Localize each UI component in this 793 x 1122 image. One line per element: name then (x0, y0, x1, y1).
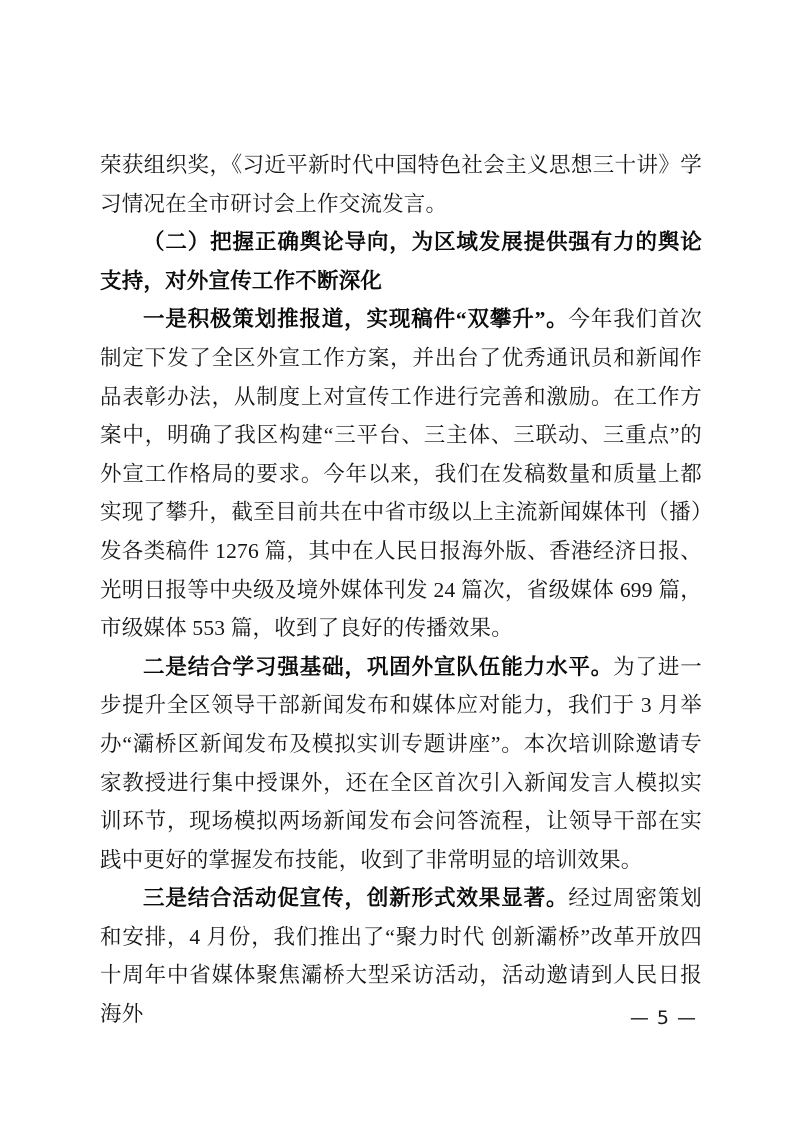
paragraph-point-one: 一是积极策划推报道，实现稿件“双攀升”。今年我们首次制定下发了全区外宣工作方案，… (100, 300, 702, 647)
section-heading: （二）把握正确舆论导向，为区域发展提供强有力的舆论支持，对外宣传工作不断深化 (100, 223, 702, 300)
paragraph-point-three: 三是结合活动促宣传，创新形式效果显著。经过周密策划和安排，4 月份，我们推出了“… (100, 879, 702, 1033)
paragraph-point-one-text: 今年我们首次制定下发了全区外宣工作方案，并出台了优秀通讯员和新闻作品表彰办法，从… (100, 307, 702, 640)
paragraph-point-two-text: 为了进一步提升全区领导干部新闻发布和媒体应对能力，我们于 3 月举办“灞桥区新闻… (100, 655, 702, 872)
paragraph-point-two-lead: 二是结合学习强基础，巩固外宣队伍能力水平。 (143, 655, 613, 679)
document-page: 荣获组织奖，《习近平新时代中国特色社会主义思想三十讲》学习情况在全市研讨会上作交… (0, 0, 793, 1122)
paragraph-point-one-lead: 一是积极策划推报道，实现稿件“双攀升”。 (143, 307, 569, 331)
document-body: 荣获组织奖，《习近平新时代中国特色社会主义思想三十讲》学习情况在全市研讨会上作交… (100, 146, 702, 1034)
paragraph-point-two: 二是结合学习强基础，巩固外宣队伍能力水平。为了进一步提升全区领导干部新闻发布和媒… (100, 648, 702, 880)
paragraph-continuation: 荣获组织奖，《习近平新时代中国特色社会主义思想三十讲》学习情况在全市研讨会上作交… (100, 146, 702, 223)
paragraph-point-three-lead: 三是结合活动促宣传，创新形式效果显著。 (143, 886, 568, 910)
page-number: — 5 — (630, 1005, 697, 1031)
